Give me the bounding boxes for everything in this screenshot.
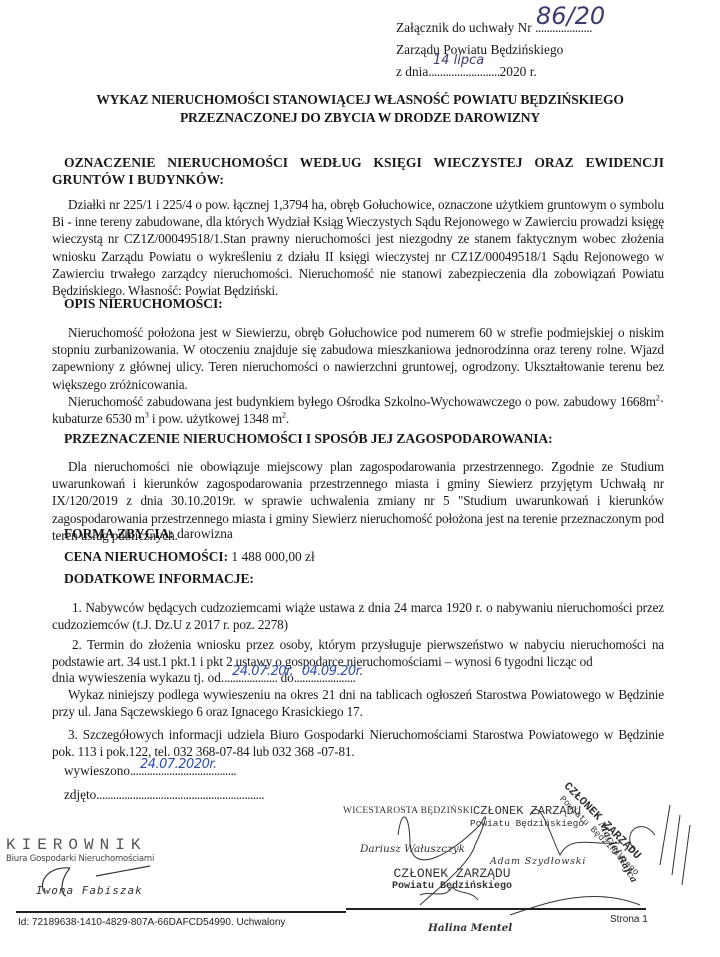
posting-info: Wykaz niniejszy podlega wywieszeniu na o…	[52, 686, 664, 720]
form-of-disposal: FORMA ZBYCIA: darowizna	[64, 526, 233, 542]
property-price: CENA NIERUCHOMOŚCI: 1 488 000,00 zł	[64, 549, 315, 565]
date-line: z dnia.........................2020 r.	[396, 61, 592, 83]
signature-scribbles-icon	[390, 795, 710, 935]
document-id: Id: 72189638-1410-4829-807A-66DAFCD54990…	[18, 917, 285, 928]
footer-rule-left	[16, 911, 346, 913]
page-number: Strona 1	[610, 914, 648, 925]
purpose-heading: PRZEZNACZENIE NIERUCHOMOŚCI I SPOSÓB JEJ…	[64, 431, 553, 447]
designation-heading: OZNACZENIE NIERUCHOMOŚCI WEDŁUG KSIĘGI W…	[52, 154, 664, 188]
description-heading: OPIS NIERUCHOMOŚCI:	[64, 296, 223, 312]
description-text-2: Nieruchomość zabudowana jest budynkiem b…	[52, 393, 664, 427]
additional-item-2-dates: dnia wywieszenia wykazu tj. od..........…	[52, 670, 355, 686]
removed-date-line: zdjęto..................................…	[64, 787, 264, 803]
posted-date-line: wywieszono..............................…	[64, 763, 236, 779]
footer-rule-right	[346, 908, 646, 910]
handwritten-from-date: 24.07.20r.	[232, 664, 293, 679]
description-text-1: Nieruchomość położona jest w Siewierzu, …	[52, 324, 664, 393]
designation-text: Działki nr 225/1 i 225/4 o pow. łącznej …	[52, 196, 664, 299]
additional-item-3: 3. Szczegółowych informacji udziela Biur…	[52, 726, 664, 760]
kierownik-name: Iwona Fabiszak	[36, 884, 143, 897]
handwritten-to-date: 04.09.20r.	[302, 664, 363, 679]
handwritten-posted-date: 24.07.2020r.	[140, 757, 217, 772]
additional-info-heading: DODATKOWE INFORMACJE:	[64, 571, 254, 587]
board-line: Zarządu Powiatu Będzińskiego	[396, 39, 592, 61]
document-title: WYKAZ NIERUCHOMOŚCI STANOWIĄCEJ WŁASNOŚĆ…	[0, 91, 720, 127]
additional-item-1: 1. Nabywców będących cudzoziemcami wiąże…	[52, 599, 664, 633]
handwritten-date: 14 lipca	[433, 53, 484, 68]
handwritten-resolution-number: 86/20	[536, 2, 605, 30]
